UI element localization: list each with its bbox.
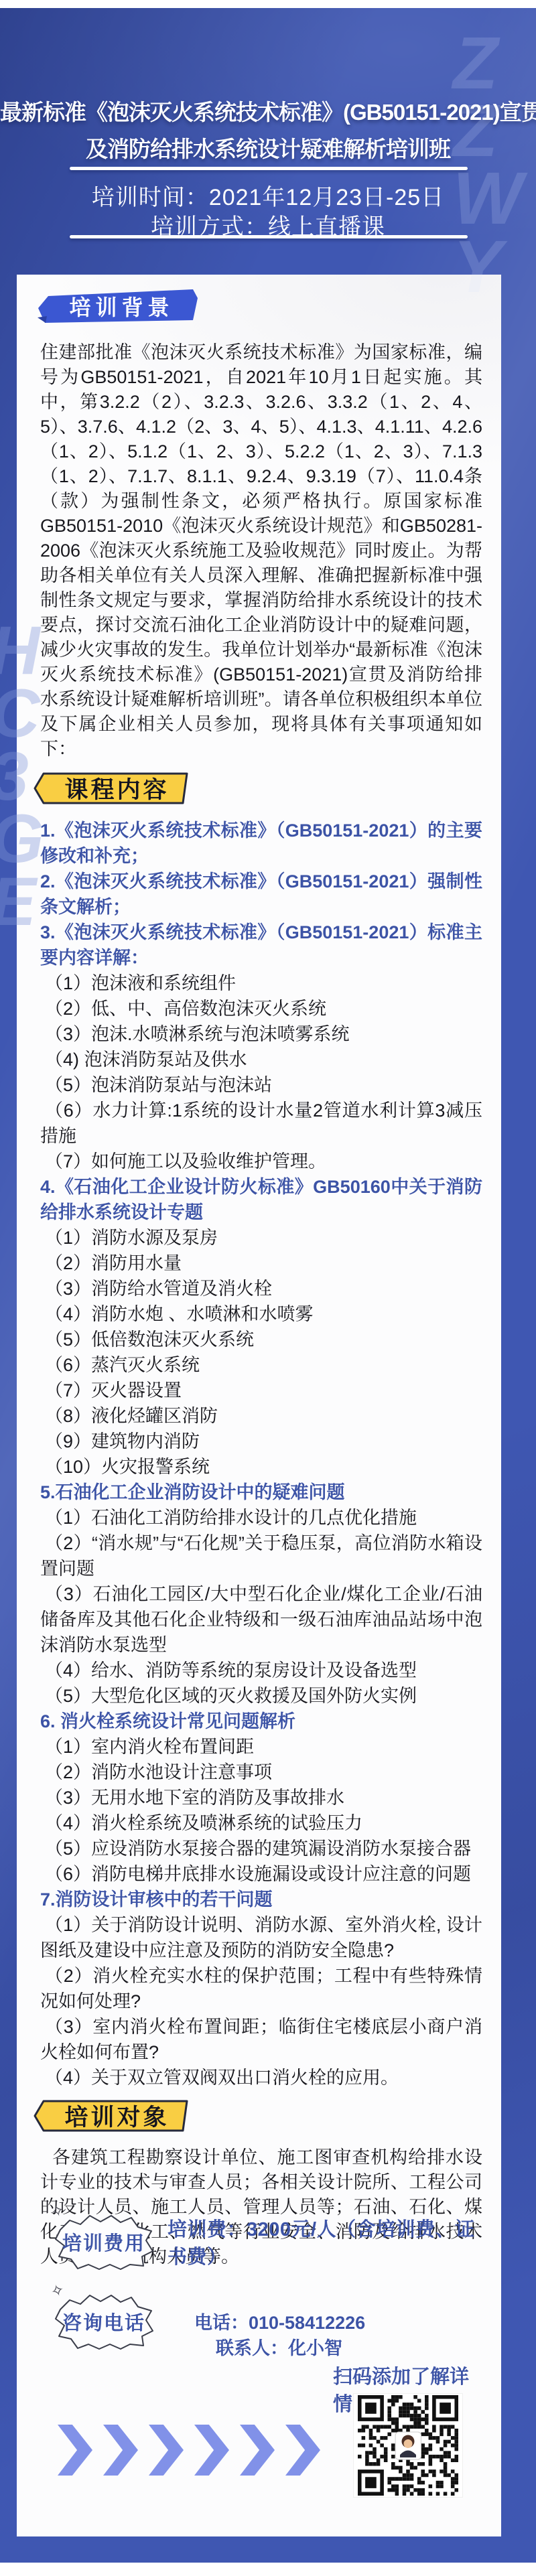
course-item: （2）消火栓充实水柱的保护范围；工程中有些特殊情况如何处理?: [40, 1963, 482, 2014]
course-item: （1）室内消火栓布置间距: [40, 1734, 482, 1760]
course-item: （1）泡沫液和系统组件: [40, 971, 482, 996]
course-item: （2）“消水规”与“石化规”关于稳压泵，高位消防水箱设置问题: [40, 1530, 482, 1581]
section-badge-audience: 培训对象: [33, 2100, 190, 2132]
divider-line-bottom: [70, 235, 468, 238]
course-item: 4.《石油化工企业设计防火标准》GB50160中关于消防给排水系统设计专题: [40, 1174, 482, 1225]
course-item: （4) 泡沫消防泵站及供水: [40, 1047, 482, 1072]
section-title-background: 培训背景: [36, 288, 199, 324]
content-card: 培训背景 住建部批准《泡沫灭火系统技术标准》为国家标准，编号为GB50151-2…: [17, 275, 501, 2536]
course-item: 1.《泡沫灭火系统技术标准》（GB50151-2021）的主要修改和补充；: [40, 818, 482, 869]
training-time: 培训时间：2021年12月23日-25日: [0, 179, 536, 212]
qr-code: [354, 2394, 462, 2497]
course-item: （3）泡沫.水喷淋系统与泡沫喷雾系统: [40, 1021, 482, 1047]
course-item: （2）消防水池设计注意事项: [40, 1760, 482, 1785]
course-list: 1.《泡沫灭火系统技术标准》（GB50151-2021）的主要修改和补充；2.《…: [40, 818, 482, 2090]
course-item: （4）消防水炮 、水喷淋和水喷雾: [40, 1301, 482, 1327]
course-item: （7）灭火器设置: [40, 1378, 482, 1403]
training-poster: ZZWY HC3GE 最新标准《泡沫灭火系统技术标准》(GB50151-2021…: [0, 0, 536, 2576]
contact-phone: 电话：010-58412226: [194, 2308, 365, 2334]
course-item: （5）应设消防水泵接合器的建筑漏设消防水泵接合器: [40, 1836, 482, 1861]
chevron-right-icon: [103, 2425, 138, 2476]
course-item: （9）建筑物内消防: [40, 1429, 482, 1454]
course-item: （1）关于消防设计说明、消防水源、室外消火栓, 设计图纸及建设中应注意及预防的消…: [40, 1912, 482, 1963]
fee-amount: 培训费：3200元/人（含培训费、证书费）: [167, 2214, 482, 2269]
qr-code-image: [358, 2395, 458, 2496]
course-item: 6. 消火栓系统设计常见问题解析: [40, 1709, 482, 1734]
poster-title-line2: 及消防给排水系统设计疑难解析培训班: [0, 132, 536, 163]
course-item: 3.《泡沫灭火系统技术标准》（GB50151-2021）标准主要内容详解：: [40, 920, 482, 971]
course-item: （4）关于双立管双阀双出口消火栓的应用。: [40, 2065, 482, 2090]
footer: ✧ 咨询电话 电话：010-58412226 联系人：化小智 扫码添加了解详情: [40, 2293, 482, 2519]
divider-line-top: [70, 167, 468, 170]
section-title-fee: 培训费用: [54, 2214, 154, 2270]
course-item: （5）泡沫消防泵站与泡沫站: [40, 1072, 482, 1098]
course-item: 7.消防设计审核中的若干问题: [40, 1887, 482, 1912]
section-title-audience: 培训对象: [33, 2100, 190, 2132]
course-item: （8）液化烃罐区消防: [40, 1403, 482, 1429]
course-item: （3）石油化工园区/大中型石化企业/煤化工企业/石油储备库及其他石化企业特级和一…: [40, 1581, 482, 1658]
course-item: （3）室内消火栓布置间距；临街住宅楼底层小商户消火栓如何布置?: [40, 2014, 482, 2065]
course-item: （10）火灾报警系统: [40, 1454, 482, 1480]
course-item: （5）大型危化区域的灭火救援及国外防火实例: [40, 1683, 482, 1709]
section-badge-background: 培训背景: [36, 288, 199, 324]
fee-row: ✧ 培训费用 培训费：3200元/人（含培训费、证书费）: [54, 2214, 482, 2270]
chevron-right-icon: [149, 2425, 184, 2476]
section-badge-course: 课程内容: [33, 772, 190, 804]
contact-person: 联系人：化小智: [216, 2334, 342, 2360]
course-item: （4）消火栓系统及喷淋系统的试验压力: [40, 1810, 482, 1836]
chevron-right-icon: [58, 2425, 92, 2476]
course-item: （2）消防用水量: [40, 1250, 482, 1276]
course-item: （5）低倍数泡沫灭火系统: [40, 1327, 482, 1352]
course-item: 2.《泡沫灭火系统技术标准》（GB50151-2021）强制性条文解析；: [40, 869, 482, 920]
contact-badge: ✧ 咨询电话: [54, 2293, 154, 2350]
chevron-right-icon: [240, 2425, 275, 2476]
course-item: 5.石油化工企业消防设计中的疑难问题: [40, 1480, 482, 1505]
background-paragraph: 住建部批准《泡沫灭火系统技术标准》为国家标准，编号为GB50151-2021，自…: [40, 340, 482, 762]
course-item: （2）低、中、高倍数泡沫灭火系统: [40, 996, 482, 1021]
course-item: （6）消防电梯井底排水设施漏设或设计应注意的问题: [40, 1861, 482, 1887]
course-item: （7）如何施工以及验收维护管理。: [40, 1149, 482, 1174]
course-item: （6）水力计算:1系统的设计水量2管道水利计算3减压措施: [40, 1098, 482, 1149]
chevron-right-icon: [194, 2425, 229, 2476]
fee-badge: ✧ 培训费用: [54, 2214, 154, 2270]
section-title-contact: 咨询电话: [54, 2293, 154, 2350]
course-item: （1）消防水源及泵房: [40, 1225, 482, 1250]
chevron-arrows: [58, 2425, 320, 2476]
poster-title-line1: 最新标准《泡沫灭火系统技术标准》(GB50151-2021)宣贯: [0, 95, 536, 127]
course-item: （6）蒸汽灭火系统: [40, 1352, 482, 1378]
course-item: （3）无用水地下室的消防及事故排水: [40, 1785, 482, 1810]
course-item: （4）给水、消防等系统的泵房设计及设备选型: [40, 1658, 482, 1683]
section-title-course: 课程内容: [33, 772, 190, 804]
course-item: （1）石油化工消防给排水设计的几点优化措施: [40, 1505, 482, 1530]
course-item: （3）消防给水管道及消火栓: [40, 1276, 482, 1301]
chevron-right-icon: [285, 2425, 320, 2476]
